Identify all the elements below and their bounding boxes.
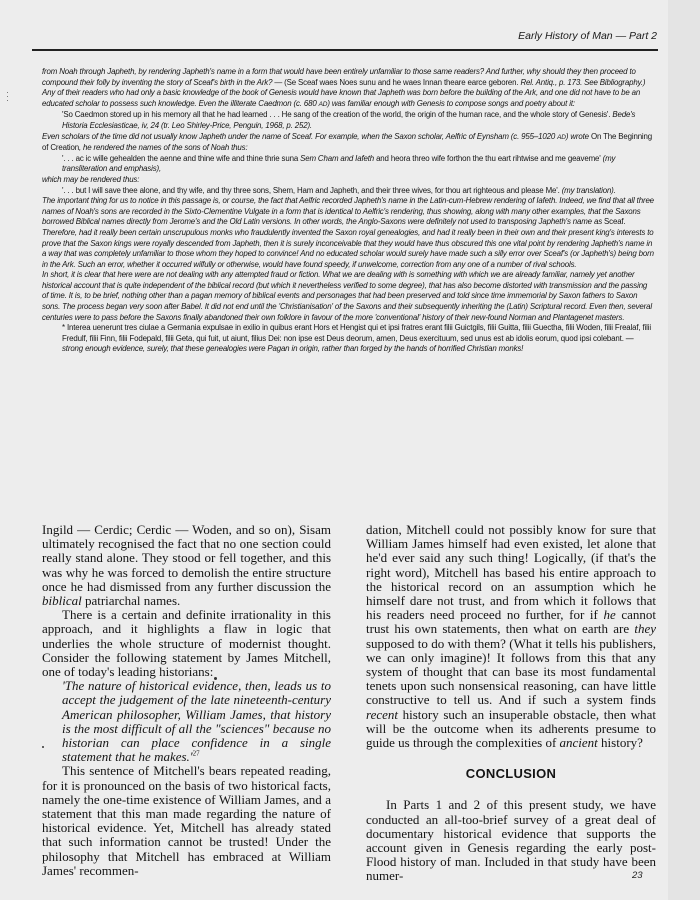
body-column-right: dation, Mitchell could not possibly know… — [366, 523, 656, 884]
footnote-reference: 27 — [193, 750, 200, 758]
footnote-quote: '. . . ac ic wille gehealden the aenne a… — [42, 154, 654, 175]
footnote-paragraph: The important thing for us to notice in … — [42, 196, 654, 228]
footnote-paragraph: Even scholars of the time did not usuall… — [42, 132, 654, 154]
scan-margin — [668, 0, 700, 900]
footnote-paragraph: In short, it is clear that here were are… — [42, 270, 654, 323]
running-header: Early History of Man — Part 2 — [518, 30, 657, 42]
footnote-latin-quote: * Interea uenerunt tres ciulae a Germani… — [42, 323, 654, 355]
body-paragraph: There is a certain and definite irration… — [42, 608, 331, 679]
footnote-paragraph: Any of their readers who had only a basi… — [42, 88, 654, 110]
body-column-left: Ingild — Cerdic; Cerdic — Woden, and so … — [42, 523, 331, 878]
body-paragraph: In Parts 1 and 2 of this present study, … — [366, 798, 656, 883]
footnote-block: from Noah through Japheth, by rendering … — [42, 67, 654, 355]
footnote-quote: '. . . but I will save thee alone, and t… — [42, 186, 654, 197]
footnote-quote: 'So Caedmon stored up in his memory all … — [42, 110, 654, 131]
page-number: 23 — [632, 870, 643, 881]
header-rule — [32, 49, 658, 51]
body-paragraph: This sentence of Mitchell's bears repeat… — [42, 764, 331, 878]
scan-speck — [42, 746, 44, 748]
block-quote: 'The nature of historical evidence, then… — [42, 679, 331, 764]
body-paragraph: dation, Mitchell could not possibly know… — [366, 523, 656, 750]
footnote-paragraph: Therefore, had it really been certain un… — [42, 228, 654, 270]
body-paragraph: Ingild — Cerdic; Cerdic — Woden, and so … — [42, 523, 331, 608]
scan-speck — [214, 677, 217, 680]
scan-artifact: ··· — [6, 90, 9, 102]
footnote-paragraph: from Noah through Japheth, by rendering … — [42, 67, 654, 88]
footnote-paragraph: which may be rendered thus: — [42, 175, 654, 186]
section-heading: CONCLUSION — [366, 767, 656, 781]
